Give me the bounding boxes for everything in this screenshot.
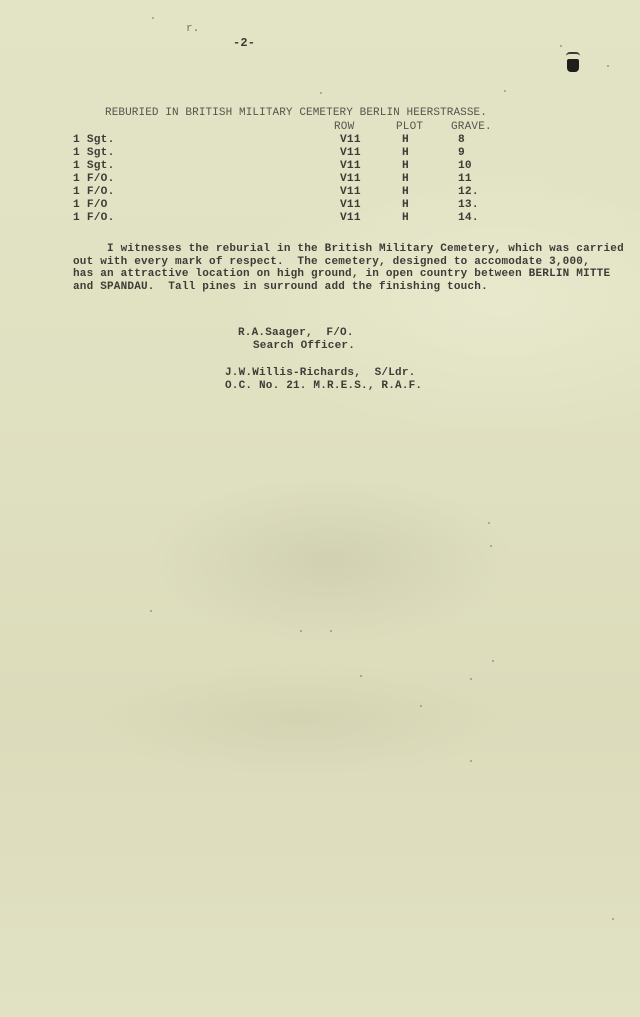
table-cell-plot: H (402, 147, 409, 159)
table-cell-grave: 12. (458, 186, 479, 198)
paper-speck (420, 705, 422, 707)
search-officer-name: R.A.Saager, F/O. (238, 327, 354, 339)
table-cell-row: V11 (340, 147, 361, 159)
table-cell-rank: 1 F/O. (73, 212, 114, 224)
table-cell-row: V11 (340, 186, 361, 198)
paper-speck (607, 65, 609, 67)
document-page: r. -2- REBURIED IN BRITISH MILITARY CEME… (0, 0, 640, 1017)
table-cell-plot: H (402, 186, 409, 198)
paper-speck (152, 17, 154, 19)
table-cell-rank: 1 Sgt. (73, 160, 114, 172)
paper-speck (470, 678, 472, 680)
ink-blot-icon (567, 59, 579, 72)
paper-speck (488, 522, 490, 524)
column-header-grave: GRAVE. (451, 121, 492, 133)
table-cell-rank: 1 F/O (73, 199, 108, 211)
table-cell-grave: 14. (458, 212, 479, 224)
table-heading: REBURIED IN BRITISH MILITARY CEMETERY BE… (105, 107, 487, 119)
statement-line: and SPANDAU. Tall pines in surround add … (73, 281, 488, 293)
paper-speck (492, 660, 494, 662)
stray-mark: r. (186, 23, 200, 35)
paper-speck (612, 918, 614, 920)
paper-speck (300, 630, 302, 632)
table-cell-row: V11 (340, 160, 361, 172)
table-cell-grave: 11 (458, 173, 472, 185)
table-cell-rank: 1 F/O. (73, 186, 114, 198)
table-cell-plot: H (402, 173, 409, 185)
table-cell-rank: 1 Sgt. (73, 134, 114, 146)
paper-speck (504, 90, 506, 92)
table-cell-rank: 1 Sgt. (73, 147, 114, 159)
oc-title: O.C. No. 21. M.R.E.S., R.A.F. (225, 380, 422, 392)
table-cell-plot: H (402, 134, 409, 146)
statement-line: I witnesses the reburial in the British … (73, 243, 624, 255)
column-header-plot: PLOT (396, 121, 423, 133)
oc-name: J.W.Willis-Richards, S/Ldr. (225, 367, 415, 379)
table-cell-plot: H (402, 199, 409, 211)
paper-speck (320, 92, 322, 94)
table-cell-grave: 9 (458, 147, 465, 159)
table-cell-plot: H (402, 160, 409, 172)
statement-line: has an attractive location on high groun… (73, 268, 610, 280)
paper-speck (330, 630, 332, 632)
search-officer-title: Search Officer. (253, 340, 355, 352)
paper-speck (560, 45, 562, 47)
table-cell-row: V11 (340, 199, 361, 211)
table-cell-plot: H (402, 212, 409, 224)
table-cell-rank: 1 F/O. (73, 173, 114, 185)
paper-speck (470, 760, 472, 762)
column-header-row: ROW (334, 121, 354, 133)
statement-line: out with every mark of respect. The ceme… (73, 256, 590, 268)
table-cell-grave: 13. (458, 199, 479, 211)
paper-speck (490, 545, 492, 547)
ink-blot-icon (566, 52, 580, 58)
table-cell-grave: 8 (458, 134, 465, 146)
table-cell-row: V11 (340, 173, 361, 185)
table-cell-row: V11 (340, 134, 361, 146)
table-cell-grave: 10 (458, 160, 472, 172)
paper-speck (360, 675, 362, 677)
table-cell-row: V11 (340, 212, 361, 224)
page-number: -2- (233, 37, 255, 49)
paper-speck (150, 610, 152, 612)
